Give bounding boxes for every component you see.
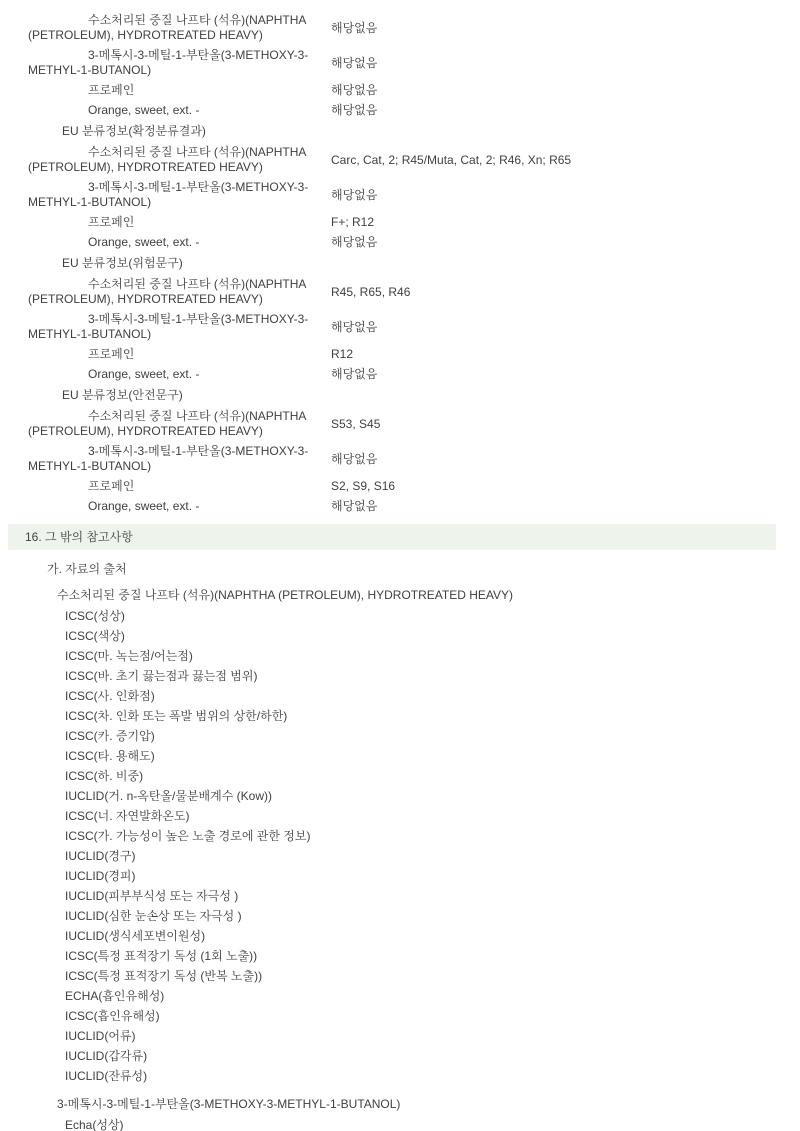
source-item: ICSC(바. 초기 끓는점과 끓는점 범위) [65,666,800,686]
source-item: IUCLID(어류) [65,1026,800,1046]
source-item: IUCLID(갑각류) [65,1046,800,1066]
classification-row: Orange, sweet, ext. -해당없음 [0,103,800,118]
substance-name: 3-메톡시-3-메틸-1-부탄올(3-METHOXY-3-METHYL-1-BU… [28,48,328,78]
source-item: ICSC(너. 자연발화온도) [65,806,800,826]
source-item: ICSC(하. 비중) [65,766,800,786]
substance-name: Orange, sweet, ext. - [28,235,328,250]
source-item: IUCLID(심한 눈손상 또는 자극성 ) [65,906,800,926]
source-item: ICSC(특정 표적장기 독성 (1회 노출)) [65,946,800,966]
substance-name: 프로페인 [28,83,328,98]
substance-name: 수소처리된 중질 나프타 (석유)(NAPHTHA (PETROLEUM), H… [28,409,328,439]
source-item: ICSC(사. 인화점) [65,686,800,706]
classification-value: 해당없음 [331,188,377,203]
classification-value: 해당없음 [331,235,377,250]
classification-value: 해당없음 [331,499,377,514]
classification-value: 해당없음 [331,452,377,467]
classification-value: 해당없음 [331,21,377,36]
substance-name: 프로페인 [28,479,328,494]
classification-row: 수소처리된 중질 나프타 (석유)(NAPHTHA (PETROLEUM), H… [0,277,800,307]
source-item: ICSC(특정 표적장기 독성 (반복 노출)) [65,966,800,986]
source-item: ICSC(가. 가능성이 높은 노출 경로에 관한 정보) [65,826,800,846]
classification-value: 해당없음 [331,367,377,382]
data-sources-subtitle: 가. 자료의 출처 [47,562,800,577]
classification-value: Carc, Cat, 2; R45/Muta, Cat, 2; R46, Xn;… [331,153,571,168]
classification-value: 해당없음 [331,83,377,98]
classification-row: Orange, sweet, ext. -해당없음 [0,235,800,250]
classification-row: Orange, sweet, ext. -해당없음 [0,499,800,514]
source-item: Echa(성상) [65,1115,800,1131]
classification-value: R12 [331,347,353,362]
classification-row: 프로페인R12 [0,347,800,362]
substance-name: 3-메톡시-3-메틸-1-부탄올(3-METHOXY-3-METHYL-1-BU… [28,444,328,474]
substance-name: 3-메톡시-3-메틸-1-부탄올(3-METHOXY-3-METHYL-1-BU… [28,312,328,342]
classification-row: 3-메톡시-3-메틸-1-부탄올(3-METHOXY-3-METHYL-1-BU… [0,180,800,210]
source-item: IUCLID(경피) [65,866,800,886]
source-item: IUCLID(잔류성) [65,1066,800,1086]
source-substance-name: 수소처리된 중질 나프타 (석유)(NAPHTHA (PETROLEUM), H… [57,585,800,605]
classification-row: 수소처리된 중질 나프타 (석유)(NAPHTHA (PETROLEUM), H… [0,145,800,175]
classification-row: 프로페인S2, S9, S16 [0,479,800,494]
substance-name: Orange, sweet, ext. - [28,103,328,118]
classification-row: Orange, sweet, ext. -해당없음 [0,367,800,382]
classification-value: R45, R65, R46 [331,285,410,300]
substance-name: 수소처리된 중질 나프타 (석유)(NAPHTHA (PETROLEUM), H… [28,277,328,307]
source-item: ICSC(흡인유해성) [65,1006,800,1026]
source-item: ECHA(흡인유해성) [65,986,800,1006]
classification-value: 해당없음 [331,103,377,118]
eu-group-header: EU 분류정보(위험문구) [62,256,800,271]
section-16-title: 16. 그 밖의 참고사항 [25,530,133,544]
source-substance-name: 3-메톡시-3-메틸-1-부탄올(3-METHOXY-3-METHYL-1-BU… [57,1094,800,1114]
source-item: ICSC(카. 증기압) [65,726,800,746]
substance-name: 수소처리된 중질 나프타 (석유)(NAPHTHA (PETROLEUM), H… [28,145,328,175]
substance-name: Orange, sweet, ext. - [28,367,328,382]
classification-value: 해당없음 [331,56,377,71]
classification-value: F+; R12 [331,215,374,230]
classification-row: 3-메톡시-3-메틸-1-부탄올(3-METHOXY-3-METHYL-1-BU… [0,48,800,78]
classification-row: 3-메톡시-3-메틸-1-부탄올(3-METHOXY-3-METHYL-1-BU… [0,444,800,474]
classification-row: 프로페인해당없음 [0,83,800,98]
eu-classification-table: 수소처리된 중질 나프타 (석유)(NAPHTHA (PETROLEUM), H… [0,13,800,514]
source-item: ICSC(마. 녹는점/어는점) [65,646,800,666]
substance-name: 프로페인 [28,215,328,230]
classification-row: 3-메톡시-3-메틸-1-부탄올(3-METHOXY-3-METHYL-1-BU… [0,312,800,342]
substance-name: Orange, sweet, ext. - [28,499,328,514]
classification-value: S53, S45 [331,417,380,432]
source-item: ICSC(성상) [65,606,800,626]
eu-group-header: EU 분류정보(안전문구) [62,388,800,403]
data-sources-list: 수소처리된 중질 나프타 (석유)(NAPHTHA (PETROLEUM), H… [0,585,800,1131]
substance-name: 수소처리된 중질 나프타 (석유)(NAPHTHA (PETROLEUM), H… [28,13,328,43]
source-item: ICSC(색상) [65,626,800,646]
substance-name: 3-메톡시-3-메틸-1-부탄올(3-METHOXY-3-METHYL-1-BU… [28,180,328,210]
source-item: IUCLID(생식세포변이원성) [65,926,800,946]
msds-document-page: 수소처리된 중질 나프타 (석유)(NAPHTHA (PETROLEUM), H… [0,0,800,1131]
source-item: ICSC(타. 용해도) [65,746,800,766]
classification-row: 수소처리된 중질 나프타 (석유)(NAPHTHA (PETROLEUM), H… [0,409,800,439]
substance-name: 프로페인 [28,347,328,362]
classification-value: S2, S9, S16 [331,479,395,494]
classification-row: 수소처리된 중질 나프타 (석유)(NAPHTHA (PETROLEUM), H… [0,13,800,43]
classification-value: 해당없음 [331,320,377,335]
source-item: ICSC(차. 인화 또는 폭발 범위의 상한/하한) [65,706,800,726]
classification-row: 프로페인F+; R12 [0,215,800,230]
eu-group-header: EU 분류정보(확정분류결과) [62,124,800,139]
source-item: IUCLID(거. n-옥탄올/물분배계수 (Kow)) [65,786,800,806]
source-item: IUCLID(경구) [65,846,800,866]
section-16-header: 16. 그 밖의 참고사항 [8,524,776,550]
source-item: IUCLID(피부부식성 또는 자극성 ) [65,886,800,906]
